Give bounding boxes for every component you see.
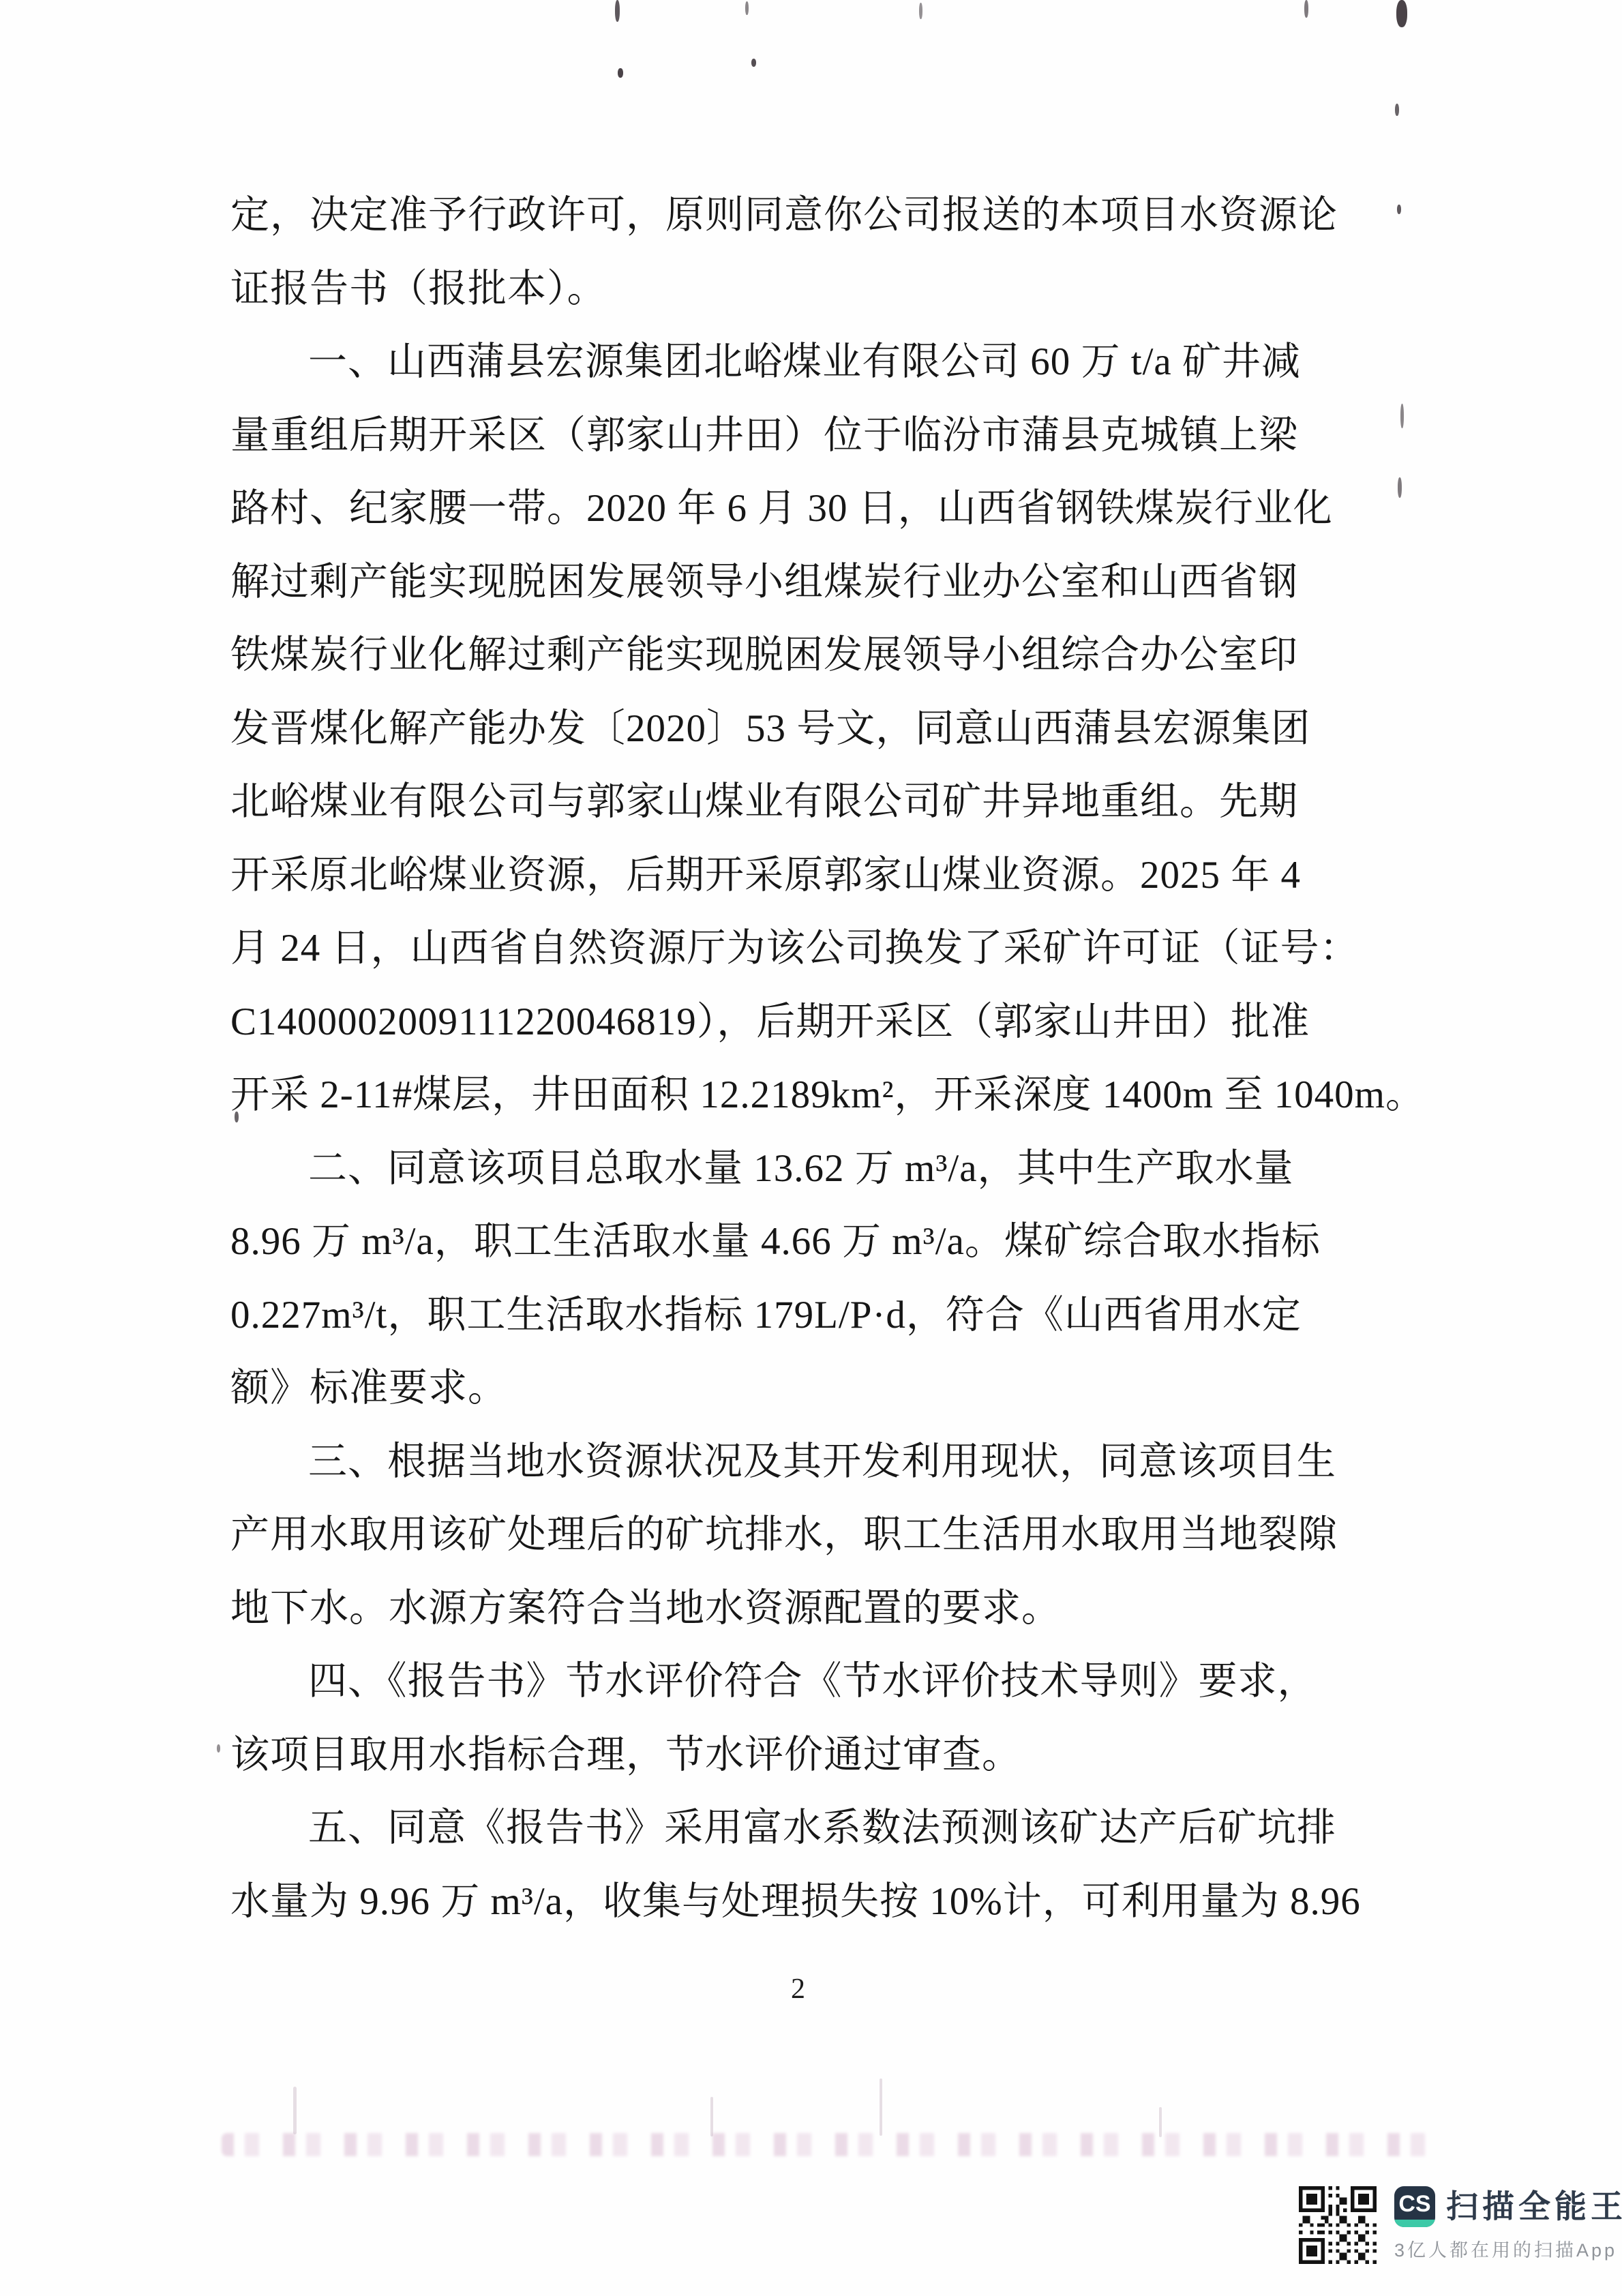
document-line: 量重组后期开采区（郭家山井田）位于临汾市蒲县克城镇上梁: [230, 399, 1366, 473]
document-body: 定，决定准予行政许可，原则同意你公司报送的本项目水资源论 证报告书（报批本）。 …: [230, 179, 1366, 1938]
document-line: 路村、纪家腰一带。2020 年 6 月 30 日，山西省钢铁煤炭行业化: [230, 472, 1366, 546]
scan-artifact: [618, 68, 623, 78]
document-line: 该项目取用水指标合理，节水评价通过审查。: [230, 1718, 1366, 1792]
scan-artifact: [745, 1, 749, 15]
document-line: 四、《报告书》节水评价符合《节水评价技术导则》要求，: [230, 1645, 1366, 1718]
qr-code-icon: [1299, 2186, 1377, 2264]
document-line: 开采 2-11#煤层，井田面积 12.2189km²，开采深度 1400m 至 …: [230, 1058, 1366, 1132]
camscanner-logo-band: [1394, 2220, 1435, 2227]
scan-artifact: [1397, 205, 1401, 214]
scan-artifact: [1396, 0, 1407, 27]
camscanner-tagline: 3亿人都在用的扫描App: [1394, 2235, 1622, 2262]
camscanner-logo-icon: CS: [1394, 2186, 1435, 2227]
scan-artifact: [919, 3, 922, 19]
document-line: 解过剩产能实现脱困发展领导小组煤炭行业办公室和山西省钢: [230, 546, 1366, 619]
document-line: 地下水。水源方案符合当地水资源配置的要求。: [230, 1572, 1366, 1645]
document-line: 额》标准要求。: [230, 1352, 1366, 1425]
camscanner-branding: CS 扫描全能王 3亿人都在用的扫描App: [1394, 2186, 1622, 2262]
camscanner-app-name: 扫描全能王: [1446, 2186, 1622, 2227]
page-number: 2: [230, 1973, 1366, 2006]
scan-bleed-band: [222, 2133, 1449, 2156]
scan-streak: [1159, 2107, 1162, 2137]
document-line: 8.96 万 m³/a，职工生活取水量 4.66 万 m³/a。煤矿综合取水指标: [230, 1205, 1366, 1279]
document-line: 一、山西蒲县宏源集团北峪煤业有限公司 60 万 t/a 矿井减: [230, 325, 1366, 399]
scan-artifact: [615, 0, 620, 22]
scan-artifact: [217, 1744, 220, 1753]
document-line: 铁煤炭行业化解过剩产能实现脱困发展领导小组综合办公室印: [230, 618, 1366, 692]
scanned-document-page: 定，决定准予行政许可，原则同意你公司报送的本项目水资源论 证报告书（报批本）。 …: [0, 0, 1622, 2296]
scan-streak: [293, 2087, 297, 2134]
scan-artifact: [751, 59, 756, 67]
document-line: 北峪煤业有限公司与郭家山煤业有限公司矿井异地重组。先期: [230, 765, 1366, 839]
document-line: 水量为 9.96 万 m³/a，收集与处理损失按 10%计，可利用量为 8.96: [230, 1865, 1366, 1939]
document-line: 五、同意《报告书》采用富水系数法预测该矿达产后矿坑排: [230, 1791, 1366, 1865]
document-line: 开采原北峪煤业资源，后期开采原郭家山煤业资源。2025 年 4: [230, 839, 1366, 912]
camscanner-watermark: CS 扫描全能王 3亿人都在用的扫描App: [1299, 2186, 1622, 2264]
document-line: 0.227m³/t，职工生活取水指标 179L/P·d，符合《山西省用水定: [230, 1279, 1366, 1352]
document-line: 月 24 日，山西省自然资源厅为该公司换发了采矿许可证（证号：: [230, 912, 1366, 985]
scan-artifact: [1395, 104, 1399, 116]
scan-streak: [880, 2078, 882, 2136]
document-line: 二、同意该项目总取水量 13.62 万 m³/a，其中生产取水量: [230, 1132, 1366, 1206]
document-line: 证报告书（报批本）。: [230, 252, 1366, 326]
document-line: 发晋煤化解产能办发〔2020〕53 号文，同意山西蒲县宏源集团: [230, 692, 1366, 766]
document-line: 产用水取用该矿处理后的矿坑排水，职工生活用水取用当地裂隙: [230, 1498, 1366, 1572]
scan-streak: [710, 2097, 713, 2136]
scan-artifact: [1400, 404, 1404, 428]
document-line: 定，决定准予行政许可，原则同意你公司报送的本项目水资源论: [230, 179, 1366, 252]
document-line: C1400002009111220046819），后期开采区（郭家山井田）批准: [230, 985, 1366, 1059]
scan-artifact: [1398, 477, 1402, 498]
document-line: 三、根据当地水资源状况及其开发利用现状，同意该项目生: [230, 1425, 1366, 1499]
scan-artifact: [1304, 0, 1308, 18]
camscanner-logo-text: CS: [1394, 2188, 1435, 2220]
